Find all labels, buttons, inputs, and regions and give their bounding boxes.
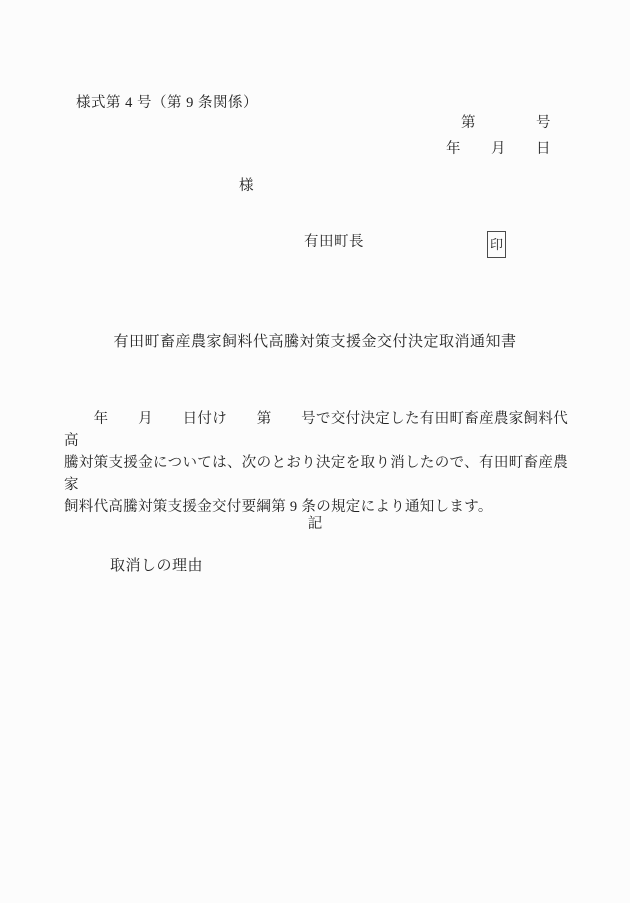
form-number: 様式第 4 号（第 9 条関係） [76,91,258,112]
body-paragraph: 年 月 日付け 第 号で交付決定した有田町畜産農家飼料代高 騰対策支援金について… [64,408,568,518]
record-marker: 記 [0,512,630,533]
addressee-suffix: 様 [239,174,254,195]
document-number-line: 第 号 [446,111,551,137]
document-number-date-block: 第 号 年 月 日 [446,111,551,162]
document-title: 有田町畜産農家飼料代高騰対策支援金交付決定取消通知書 [0,330,630,351]
seal-placeholder-box: 印 [487,231,506,258]
sender-title: 有田町長 [304,230,364,251]
document-date-line: 年 月 日 [446,137,551,163]
cancellation-reason-label: 取消しの理由 [110,554,203,575]
document-page: 様式第 4 号（第 9 条関係） 第 号 年 月 日 様 有田町長 印 有田町畜… [0,0,630,903]
